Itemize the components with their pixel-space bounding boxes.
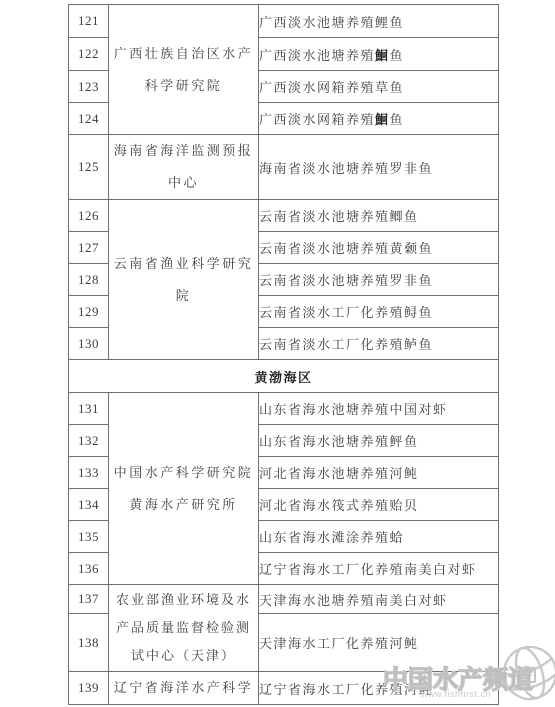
table-row: 137农业部渔业环境及水产品质量监督检验测试中心（天津）天津海水池塘养殖南美白对… bbox=[69, 585, 499, 614]
row-number-cell: 123 bbox=[69, 71, 109, 103]
description-cell: 辽宁省海水工厂化养殖河鲀 bbox=[259, 672, 499, 705]
section-header-cell: 黄渤海区 bbox=[69, 360, 499, 393]
table-row: 131中国水产科学研究院黄海水产研究所山东省海水池塘养殖中国对虾 bbox=[69, 393, 499, 425]
row-number-cell: 129 bbox=[69, 296, 109, 328]
institution-cell: 农业部渔业环境及水产品质量监督检验测试中心（天津） bbox=[109, 585, 259, 672]
row-number-cell: 137 bbox=[69, 585, 109, 614]
row-number-cell: 126 bbox=[69, 200, 109, 232]
description-cell: 山东省海水滩涂养殖蛤 bbox=[259, 521, 499, 553]
institution-cell: 辽宁省海洋水产科学 bbox=[109, 672, 259, 705]
institution-line: 试中心（天津） bbox=[109, 642, 258, 670]
row-number-cell: 127 bbox=[69, 232, 109, 264]
table-row: 139辽宁省海洋水产科学辽宁省海水工厂化养殖河鲀 bbox=[69, 672, 499, 705]
row-number-cell: 133 bbox=[69, 457, 109, 489]
institution-line: 广西壮族自治区水产 bbox=[109, 38, 258, 70]
table-row: 125海南省海洋监测预报中心海南省淡水池塘养殖罗非鱼 bbox=[69, 135, 499, 200]
table-row: 126云南省渔业科学研究院云南省淡水池塘养殖鲫鱼 bbox=[69, 200, 499, 232]
row-number-cell: 122 bbox=[69, 38, 109, 71]
document-page: 121广西壮族自治区水产科学研究院广西淡水池塘养殖鲤鱼122广西淡水池塘养殖鮰鱼… bbox=[0, 0, 555, 707]
description-cell: 山东省海水池塘养殖中国对虾 bbox=[259, 393, 499, 425]
institution-line: 院 bbox=[109, 280, 258, 312]
description-cell: 辽宁省海水工厂化养殖南美白对虾 bbox=[259, 553, 499, 585]
table-body: 121广西壮族自治区水产科学研究院广西淡水池塘养殖鲤鱼122广西淡水池塘养殖鮰鱼… bbox=[69, 5, 499, 705]
institution-line: 中国水产科学研究院 bbox=[109, 457, 258, 489]
institution-cell: 中国水产科学研究院黄海水产研究所 bbox=[109, 393, 259, 585]
row-number-cell: 121 bbox=[69, 5, 109, 38]
description-cell: 山东省海水池塘养殖鲆鱼 bbox=[259, 425, 499, 457]
description-cell: 河北省海水筏式养殖贻贝 bbox=[259, 489, 499, 521]
section-row: 黄渤海区 bbox=[69, 360, 499, 393]
description-cell: 云南省淡水工厂化养殖鲈鱼 bbox=[259, 328, 499, 360]
description-cell: 广西淡水池塘养殖鲤鱼 bbox=[259, 5, 499, 38]
institution-line: 辽宁省海洋水产科学 bbox=[109, 672, 258, 704]
description-cell: 广西淡水网箱养殖鮰鱼 bbox=[259, 103, 499, 135]
institution-cell: 广西壮族自治区水产科学研究院 bbox=[109, 5, 259, 135]
institution-cell: 云南省渔业科学研究院 bbox=[109, 200, 259, 360]
row-number-cell: 132 bbox=[69, 425, 109, 457]
description-cell: 河北省海水池塘养殖河鲀 bbox=[259, 457, 499, 489]
description-cell: 云南省淡水池塘养殖黄颡鱼 bbox=[259, 232, 499, 264]
institution-cell: 海南省海洋监测预报中心 bbox=[109, 135, 259, 200]
institution-line: 中心 bbox=[109, 167, 258, 199]
row-number-cell: 131 bbox=[69, 393, 109, 425]
institution-line: 农业部渔业环境及水 bbox=[109, 586, 258, 614]
row-number-cell: 128 bbox=[69, 264, 109, 296]
description-cell: 云南省淡水池塘养殖罗非鱼 bbox=[259, 264, 499, 296]
institution-line: 科学研究院 bbox=[109, 70, 258, 102]
description-cell: 云南省淡水工厂化养殖鲟鱼 bbox=[259, 296, 499, 328]
description-cell: 海南省淡水池塘养殖罗非鱼 bbox=[259, 135, 499, 200]
row-number-cell: 135 bbox=[69, 521, 109, 553]
description-cell: 广西淡水池塘养殖鮰鱼 bbox=[259, 38, 499, 71]
globe-logo-icon bbox=[499, 642, 555, 704]
row-number-cell: 138 bbox=[69, 614, 109, 672]
row-number-cell: 136 bbox=[69, 553, 109, 585]
description-cell: 天津海水池塘养殖南美白对虾 bbox=[259, 585, 499, 614]
institution-line: 云南省渔业科学研究 bbox=[109, 248, 258, 280]
institution-line: 黄海水产研究所 bbox=[109, 489, 258, 521]
row-number-cell: 125 bbox=[69, 135, 109, 200]
monitoring-species-table: 121广西壮族自治区水产科学研究院广西淡水池塘养殖鲤鱼122广西淡水池塘养殖鮰鱼… bbox=[68, 4, 499, 705]
row-number-cell: 130 bbox=[69, 328, 109, 360]
description-cell: 天津海水工厂化养殖河鲀 bbox=[259, 614, 499, 672]
description-cell: 广西淡水网箱养殖草鱼 bbox=[259, 71, 499, 103]
row-number-cell: 134 bbox=[69, 489, 109, 521]
watermark-badge-icon bbox=[520, 667, 536, 683]
row-number-cell: 139 bbox=[69, 672, 109, 705]
institution-line: 海南省海洋监测预报 bbox=[109, 135, 258, 167]
table-row: 121广西壮族自治区水产科学研究院广西淡水池塘养殖鲤鱼 bbox=[69, 5, 499, 38]
institution-line: 产品质量监督检验测 bbox=[109, 614, 258, 642]
row-number-cell: 124 bbox=[69, 103, 109, 135]
description-cell: 云南省淡水池塘养殖鲫鱼 bbox=[259, 200, 499, 232]
